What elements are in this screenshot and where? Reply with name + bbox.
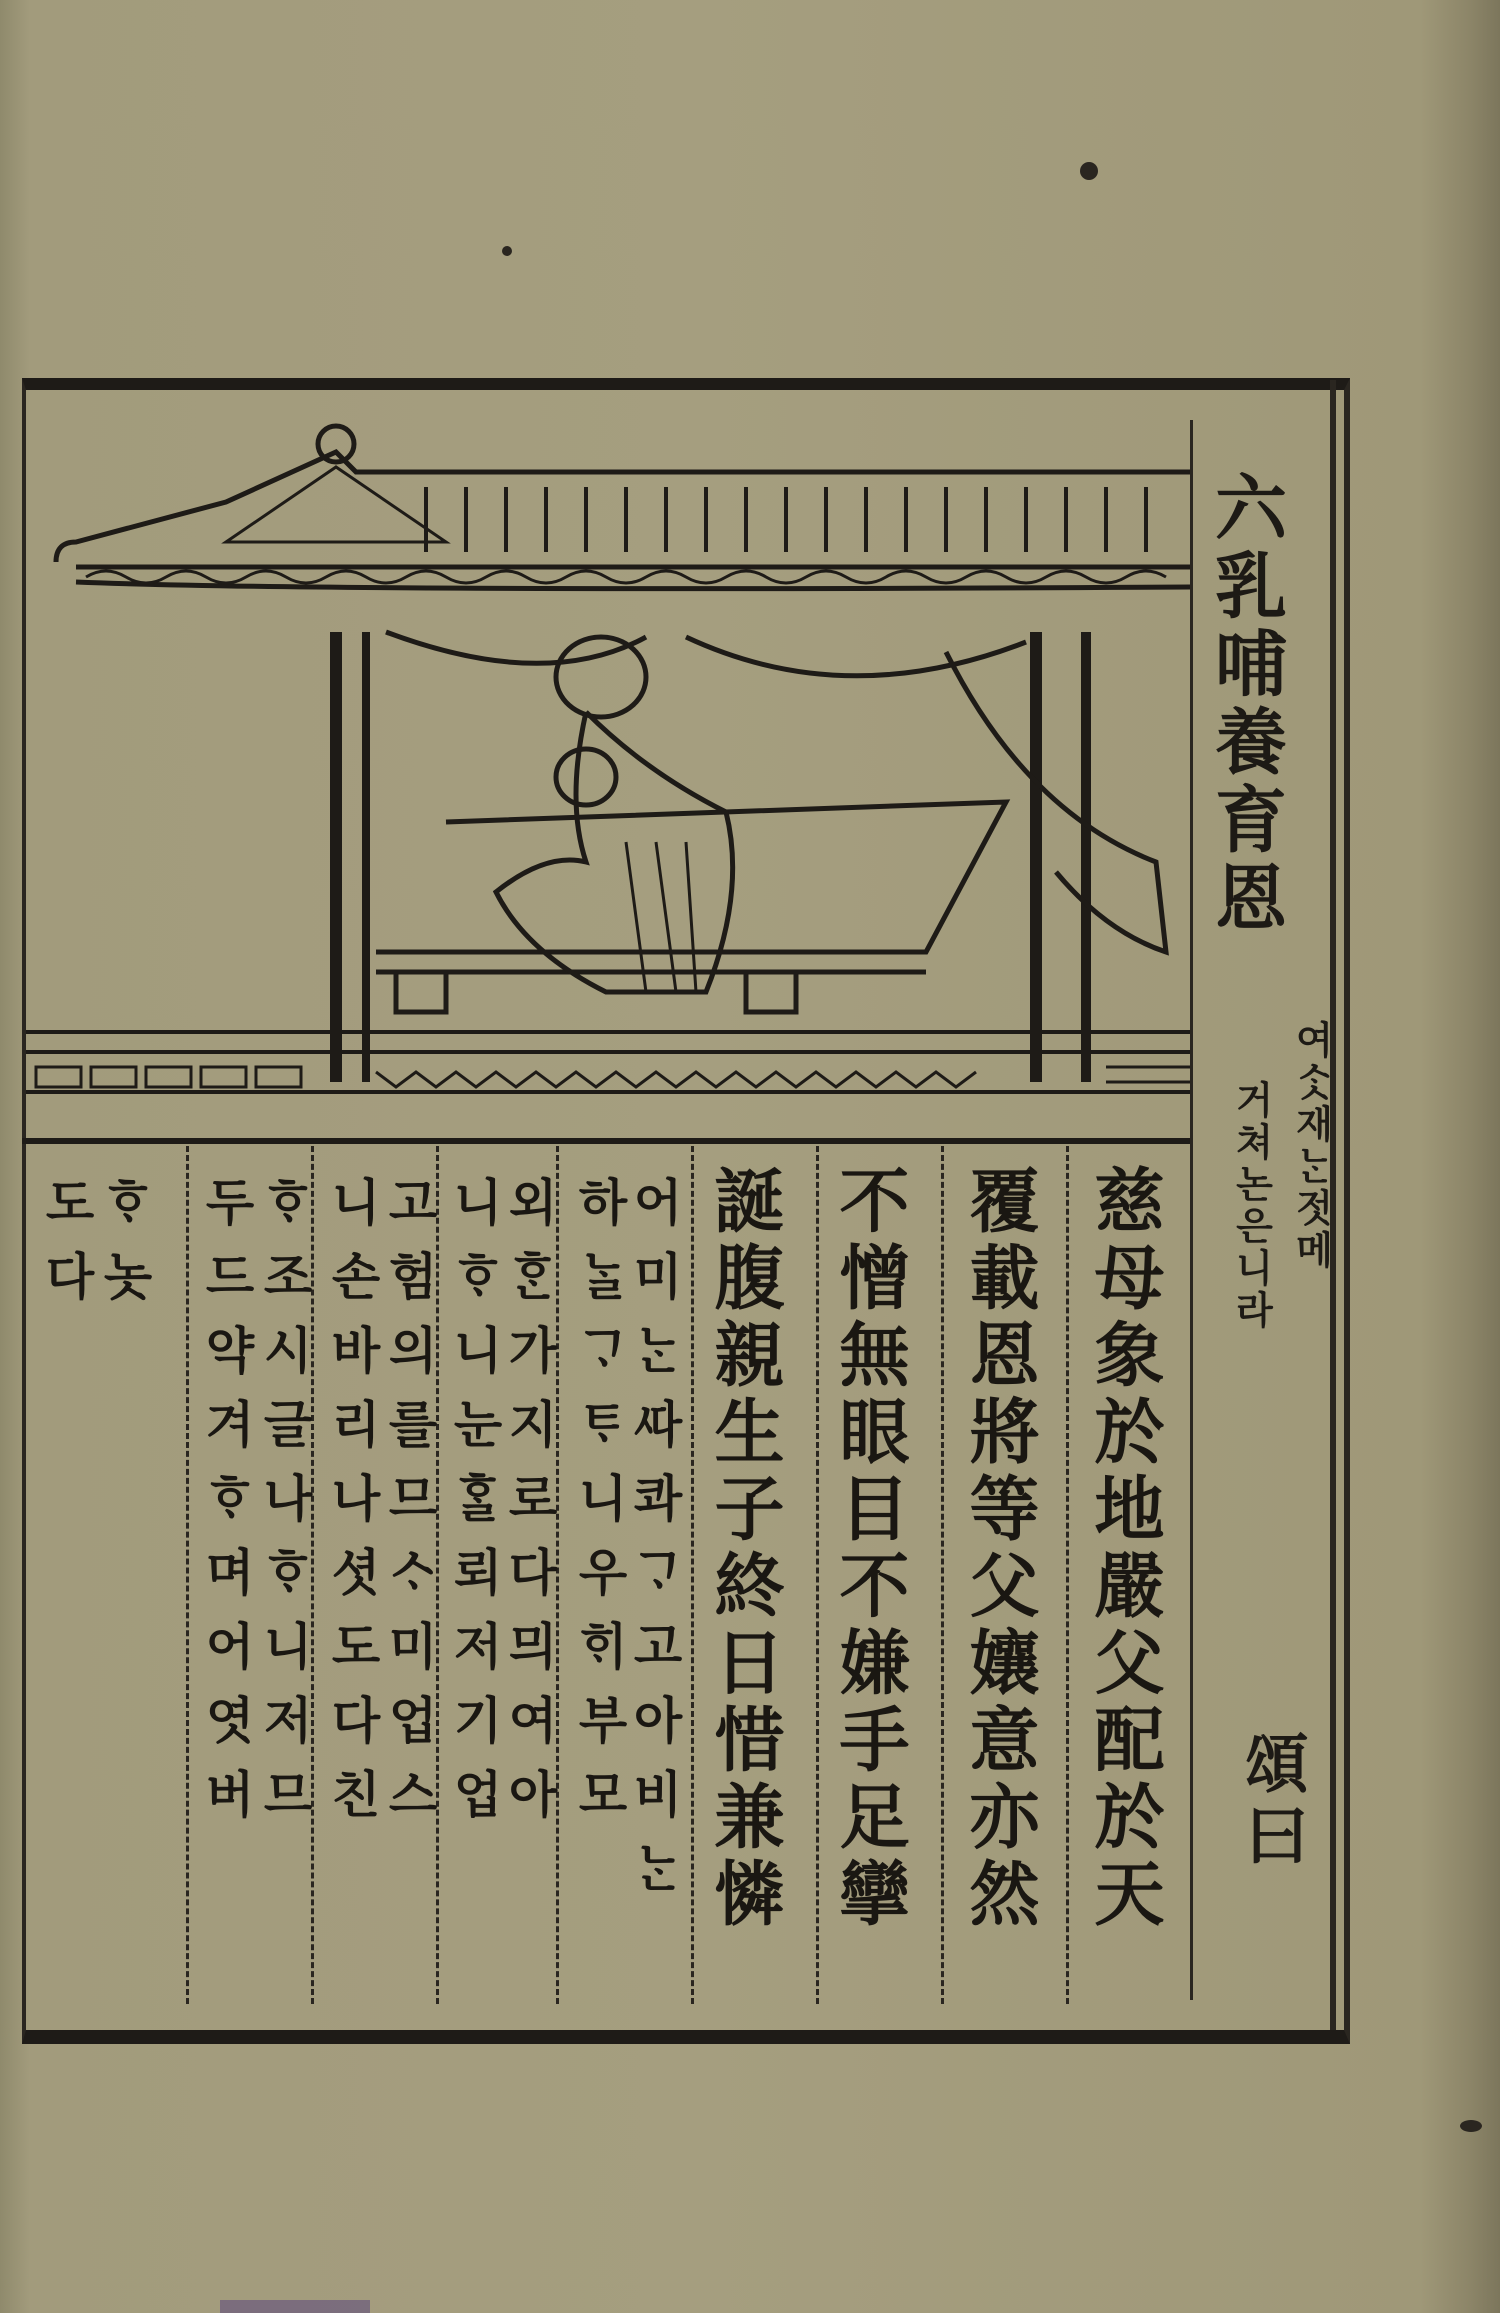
ink-spot <box>1460 2120 1482 2132</box>
library-stamp-fragment <box>220 2300 370 2313</box>
section-divider <box>22 1138 1190 1144</box>
hanja-column: 不憎無眼目不嫌手足攣 <box>826 1164 912 1934</box>
hangul-column-right: 어미ᄂᆞᆫᄯᅡ콰ᄀᆞ고아비ᄂᆞᆫ <box>626 1176 682 1916</box>
ink-spot <box>502 246 512 256</box>
hanja-column: 誕腹親生子終日惜兼憐 <box>701 1164 787 1934</box>
column-rule <box>1066 1146 1069 2004</box>
hangul-column-right: 고험의를므ᄉᆞ미업스 <box>381 1176 437 1842</box>
ink-spot <box>1080 162 1098 180</box>
text-columns: 慈母象於地嚴父配於天 覆載恩將等父孃意亦然 不憎無眼目不嫌手足攣 誕腹親生子終日… <box>26 1146 1190 2004</box>
column-rule <box>691 1146 694 2004</box>
hangul-column-left: 니ᄒᆞ니눈ᄒᆞᆯ뢰저기업 <box>446 1176 502 1842</box>
column-rule <box>816 1146 819 2004</box>
hangul-column-left: 두드약겨ᄒᆞ며어엿버 <box>198 1176 254 1842</box>
hangul-column-left: 니손바리나셧도다친 <box>324 1176 380 1842</box>
title-annotation-left: 거쳐논은니라 <box>1230 1080 1272 1332</box>
hangul-column-right: ᄒᆞ조시글나ᄒᆞ니저므 <box>256 1176 312 1842</box>
hangul-column-left: 도다 <box>38 1176 94 1324</box>
hangul-column-right: ᄒᆞ놋 <box>96 1176 152 1324</box>
woodcut-illustration <box>26 392 1190 1138</box>
title-annotation-right: 여ᄉᆞᆺ재ᄂᆞᆫ젓메 <box>1290 1020 1332 1272</box>
column-rule <box>941 1146 944 2004</box>
column-rule <box>186 1146 189 2004</box>
chapter-title: 六乳哺養育恩 <box>1205 470 1285 938</box>
hangul-column-left: 하ᄂᆞᆯᄀᆞᄐᆞ니우ᄒᆡ부모 <box>571 1176 627 1842</box>
hangul-column-right: 외ᄒᆞᆫ가지로다믜여아 <box>501 1176 557 1842</box>
hanja-column: 覆載恩將等父孃意亦然 <box>956 1164 1042 1934</box>
song-label: 頌曰 <box>1225 1730 1317 1874</box>
hanja-column: 慈母象於地嚴父配於天 <box>1081 1164 1167 1934</box>
book-page: 六乳哺養育恩 여ᄉᆞᆺ재ᄂᆞᆫ젓메 거쳐논은니라 頌曰 慈母象於地嚴父配於天 覆… <box>0 0 1500 2313</box>
